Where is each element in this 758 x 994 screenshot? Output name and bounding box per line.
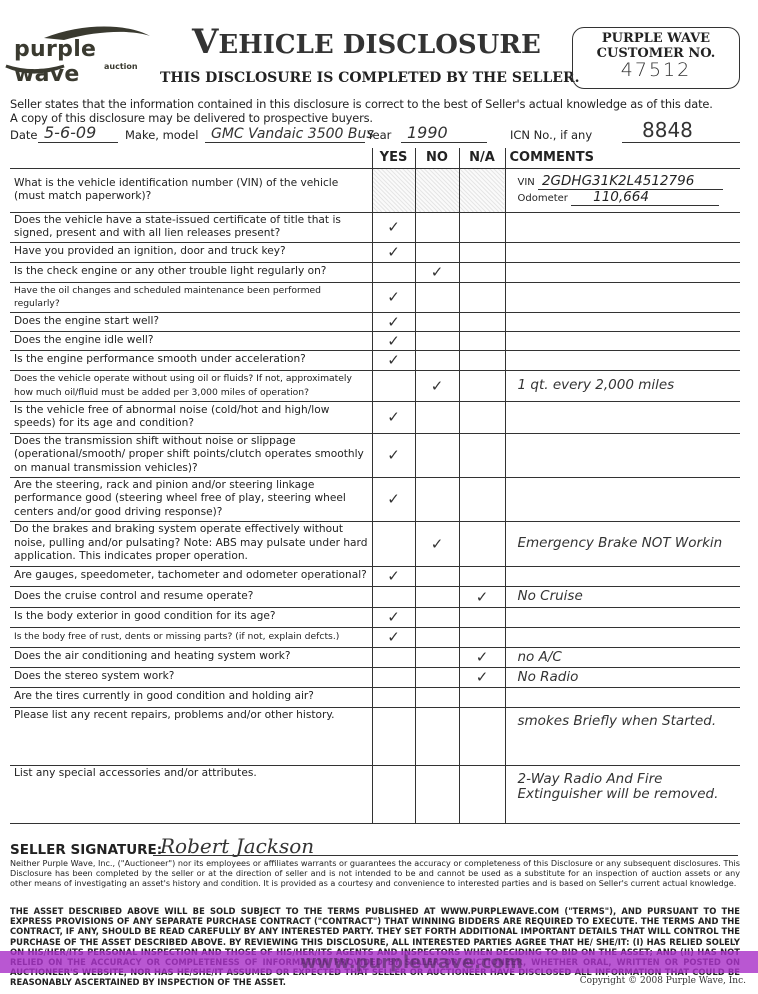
answer-no-checkbox[interactable] [415, 667, 459, 687]
answer-yes-checkbox[interactable]: ✓ [372, 401, 415, 433]
answer-yes-checkbox[interactable]: ✓ [372, 433, 415, 477]
signature-label: SELLER SIGNATURE: [10, 842, 162, 858]
table-row: Does the transmission shift without nois… [10, 433, 740, 477]
check-mark-icon: ✓ [431, 263, 444, 281]
answer-yes-checkbox[interactable]: ✓ [372, 242, 415, 262]
question-text: Are the steering, rack and pinion and/or… [10, 477, 372, 521]
table-row: Does the engine start well?✓ [10, 312, 740, 331]
logo-subtitle: auction [104, 62, 138, 71]
comment-field[interactable] [505, 262, 740, 282]
comment-field[interactable] [505, 627, 740, 647]
odometer-field[interactable]: Odometer 110,664 [518, 190, 741, 206]
table-row: Does the stereo system work?✓No Radio [10, 667, 740, 687]
answer-no-checkbox[interactable] [415, 212, 459, 242]
page-subtitle: THIS DISCLOSURE IS COMPLETED BY THE SELL… [160, 70, 579, 86]
check-mark-icon: ✓ [387, 446, 400, 464]
answer-na-checkbox[interactable] [459, 312, 505, 331]
answer-yes-checkbox[interactable] [372, 370, 415, 401]
customer-box-label-1: PURPLE WAVE [573, 31, 739, 46]
year-value: 1990 [407, 123, 448, 142]
question-text: Are gauges, speedometer, tachometer and … [10, 566, 372, 586]
question-text: List any special accessories and/or attr… [10, 765, 372, 823]
question-text: Does the cruise control and resume opera… [10, 586, 372, 607]
comment-field[interactable]: No Radio [505, 667, 740, 687]
answer-no-checkbox[interactable] [415, 282, 459, 312]
table-row: Does the vehicle operate without using o… [10, 370, 740, 401]
table-row: Does the air conditioning and heating sy… [10, 647, 740, 667]
table-row: Do the brakes and braking system operate… [10, 521, 740, 566]
answer-yes-checkbox[interactable] [372, 262, 415, 282]
disclosure-questions-table: YES NO N/A COMMENTS What is the vehicle … [10, 148, 740, 824]
answer-na-checkbox[interactable] [459, 433, 505, 477]
answer-yes-checkbox[interactable] [372, 667, 415, 687]
highlight-banner: www.purplewave.com [0, 951, 758, 973]
answer-yes-checkbox[interactable]: ✓ [372, 607, 415, 627]
answer-yes-checkbox[interactable] [372, 765, 415, 823]
answer-na-checkbox[interactable] [459, 566, 505, 586]
answer-no-checkbox[interactable] [415, 765, 459, 823]
vin-question: What is the vehicle identification numbe… [10, 168, 372, 212]
answer-no-checkbox[interactable]: ✓ [415, 521, 459, 566]
answer-yes-checkbox[interactable] [372, 707, 415, 765]
table-row: Please list any recent repairs, problems… [10, 707, 740, 765]
check-mark-icon: ✓ [476, 588, 489, 606]
answer-na-checkbox[interactable]: ✓ [459, 647, 505, 667]
answer-no-checkbox[interactable] [415, 401, 459, 433]
answer-na-checkbox[interactable] [459, 331, 505, 350]
question-text: Are the tires currently in good conditio… [10, 687, 372, 707]
question-text: Please list any recent repairs, problems… [10, 707, 372, 765]
answer-na-checkbox[interactable] [459, 521, 505, 566]
answer-na-checkbox[interactable] [459, 477, 505, 521]
answer-na-checkbox[interactable] [459, 242, 505, 262]
col-comments: COMMENTS [505, 148, 740, 168]
table-row: Have the oil changes and scheduled maint… [10, 282, 740, 312]
comment-field[interactable] [505, 607, 740, 627]
answer-na-checkbox[interactable] [459, 262, 505, 282]
table-row: Are gauges, speedometer, tachometer and … [10, 566, 740, 586]
table-row: Is the body exterior in good condition f… [10, 607, 740, 627]
answer-na-checkbox[interactable]: ✓ [459, 667, 505, 687]
answer-yes-checkbox[interactable]: ✓ [372, 350, 415, 370]
comment-field[interactable] [505, 212, 740, 242]
question-text: Does the engine start well? [10, 312, 372, 331]
comment-field[interactable]: Emergency Brake NOT Workin [505, 521, 740, 566]
comment-field[interactable]: smokes Briefly when Started. [505, 707, 740, 765]
check-mark-icon: ✓ [431, 535, 444, 553]
check-mark-icon: ✓ [476, 668, 489, 686]
check-mark-icon: ✓ [387, 313, 400, 331]
comment-field[interactable] [505, 433, 740, 477]
check-mark-icon: ✓ [431, 377, 444, 395]
customer-number-box: PURPLE WAVE CUSTOMER NO. 47512 [572, 27, 740, 89]
answer-no-checkbox[interactable] [415, 350, 459, 370]
question-text: Is the engine performance smooth under a… [10, 350, 372, 370]
check-mark-icon: ✓ [387, 608, 400, 626]
answer-no-checkbox[interactable] [415, 687, 459, 707]
table-row: Is the vehicle free of abnormal noise (c… [10, 401, 740, 433]
question-text: Does the vehicle operate without using o… [10, 370, 372, 401]
year-field[interactable]: Year 1990 [367, 122, 507, 146]
answer-no-checkbox[interactable] [415, 607, 459, 627]
answer-yes-checkbox[interactable]: ✓ [372, 312, 415, 331]
watermark-url: www.purplewave.com [300, 952, 523, 973]
answer-yes-checkbox[interactable] [372, 586, 415, 607]
page-title: VEHICLE DISCLOSURE [192, 22, 541, 62]
answer-no-checkbox[interactable]: ✓ [415, 370, 459, 401]
answer-no-checkbox[interactable] [415, 707, 459, 765]
comment-field[interactable]: 1 qt. every 2,000 miles [505, 370, 740, 401]
answer-no-checkbox[interactable] [415, 433, 459, 477]
answer-na-checkbox[interactable] [459, 627, 505, 647]
table-row: Does the engine idle well?✓ [10, 331, 740, 350]
answer-no-checkbox[interactable] [415, 627, 459, 647]
answer-na-checkbox[interactable] [459, 370, 505, 401]
seller-signature: SELLER SIGNATURE: Robert Jackson [10, 838, 740, 858]
answer-na-checkbox[interactable] [459, 350, 505, 370]
answer-na-checkbox[interactable] [459, 765, 505, 823]
copyright: Copyright © 2008 Purple Wave, Inc. [580, 976, 746, 986]
question-text: Is the body free of rust, dents or missi… [10, 627, 372, 647]
comment-field[interactable] [505, 312, 740, 331]
answer-yes-checkbox[interactable]: ✓ [372, 331, 415, 350]
answer-yes-checkbox[interactable]: ✓ [372, 282, 415, 312]
check-mark-icon: ✓ [387, 490, 400, 508]
check-mark-icon: ✓ [387, 243, 400, 261]
signature-value[interactable]: Robert Jackson [160, 834, 314, 858]
answer-yes-checkbox[interactable]: ✓ [372, 212, 415, 242]
question-text: Do the brakes and braking system operate… [10, 521, 372, 566]
odometer-value: 110,664 [571, 190, 719, 206]
answer-no-checkbox[interactable] [415, 586, 459, 607]
question-text: Does the air conditioning and heating sy… [10, 647, 372, 667]
comment-field[interactable] [505, 477, 740, 521]
answer-no-checkbox[interactable] [415, 566, 459, 586]
question-text: Have you provided an ignition, door and … [10, 242, 372, 262]
answer-yes-checkbox[interactable] [372, 521, 415, 566]
check-mark-icon: ✓ [387, 351, 400, 369]
date-field[interactable]: Date 5-6-09 [10, 122, 120, 146]
col-na: N/A [459, 148, 505, 168]
answer-na-checkbox[interactable] [459, 607, 505, 627]
purple-wave-logo: purple wave auction [4, 22, 154, 78]
question-text: Is the vehicle free of abnormal noise (c… [10, 401, 372, 433]
table-header-row: YES NO N/A COMMENTS [10, 148, 740, 168]
table-row: List any special accessories and/or attr… [10, 765, 740, 823]
comment-field[interactable] [505, 242, 740, 262]
table-row: Is the body free of rust, dents or missi… [10, 627, 740, 647]
comment-field[interactable] [505, 566, 740, 586]
check-mark-icon: ✓ [387, 218, 400, 236]
check-mark-icon: ✓ [387, 567, 400, 585]
comment-field[interactable] [505, 687, 740, 707]
make-model-value: GMC Vandaic 3500 Bus [211, 126, 374, 142]
answer-na-checkbox[interactable] [459, 282, 505, 312]
vehicle-info-fields: Date 5-6-09 Make, model GMC Vandaic 3500… [10, 122, 750, 146]
check-mark-icon: ✓ [387, 628, 400, 646]
answer-no-checkbox[interactable] [415, 331, 459, 350]
table-row: Is the engine performance smooth under a… [10, 350, 740, 370]
question-text: Have the oil changes and scheduled maint… [10, 282, 372, 312]
check-mark-icon: ✓ [476, 648, 489, 666]
answer-no-checkbox[interactable] [415, 312, 459, 331]
table-row: Have you provided an ignition, door and … [10, 242, 740, 262]
answer-no-checkbox[interactable] [415, 477, 459, 521]
answer-no-checkbox[interactable]: ✓ [415, 262, 459, 282]
answer-yes-checkbox[interactable] [372, 647, 415, 667]
icn-value: 8848 [642, 118, 693, 142]
vin-row: What is the vehicle identification numbe… [10, 168, 740, 212]
vin-value: 2GDHG31K2L4512796 [538, 174, 723, 190]
answer-no-checkbox[interactable] [415, 242, 459, 262]
question-text: Is the body exterior in good condition f… [10, 607, 372, 627]
col-no: NO [415, 148, 459, 168]
answer-yes-checkbox[interactable]: ✓ [372, 477, 415, 521]
vin-field[interactable]: VIN 2GDHG31K2L4512796 [518, 174, 741, 190]
disclaimer-paragraph: Neither Purple Wave, Inc., ("Auctioneer"… [10, 858, 740, 888]
answer-na-checkbox[interactable] [459, 687, 505, 707]
answer-yes-checkbox[interactable] [372, 687, 415, 707]
date-value: 5-6-09 [44, 123, 96, 142]
question-text: Is the check engine or any other trouble… [10, 262, 372, 282]
check-mark-icon: ✓ [387, 288, 400, 306]
answer-na-checkbox[interactable]: ✓ [459, 586, 505, 607]
comment-field[interactable] [505, 331, 740, 350]
icn-field[interactable]: ICN No., if any 8848 [510, 122, 750, 146]
table-row: Are the tires currently in good conditio… [10, 687, 740, 707]
question-text: Does the engine idle well? [10, 331, 372, 350]
check-mark-icon: ✓ [387, 332, 400, 350]
customer-number-value[interactable]: 47512 [573, 61, 739, 79]
table-row: Does the cruise control and resume opera… [10, 586, 740, 607]
check-mark-icon: ✓ [387, 408, 400, 426]
answer-no-checkbox[interactable] [415, 647, 459, 667]
question-text: Does the transmission shift without nois… [10, 433, 372, 477]
comment-field[interactable]: No Cruise [505, 586, 740, 607]
comment-field[interactable] [505, 282, 740, 312]
answer-na-checkbox[interactable] [459, 212, 505, 242]
table-row: Does the vehicle have a state-issued cer… [10, 212, 740, 242]
answer-yes-checkbox[interactable]: ✓ [372, 566, 415, 586]
answer-na-checkbox[interactable] [459, 401, 505, 433]
answer-yes-checkbox[interactable]: ✓ [372, 627, 415, 647]
question-text: Does the stereo system work? [10, 667, 372, 687]
comment-field[interactable] [505, 350, 740, 370]
question-text: Does the vehicle have a state-issued cer… [10, 212, 372, 242]
table-row: Is the check engine or any other trouble… [10, 262, 740, 282]
table-row: Are the steering, rack and pinion and/or… [10, 477, 740, 521]
answer-na-checkbox[interactable] [459, 707, 505, 765]
comment-field[interactable]: 2-Way Radio And Fire Extinguisher will b… [505, 765, 740, 823]
comment-field[interactable] [505, 401, 740, 433]
comment-field[interactable]: no A/C [505, 647, 740, 667]
col-yes: YES [372, 148, 415, 168]
